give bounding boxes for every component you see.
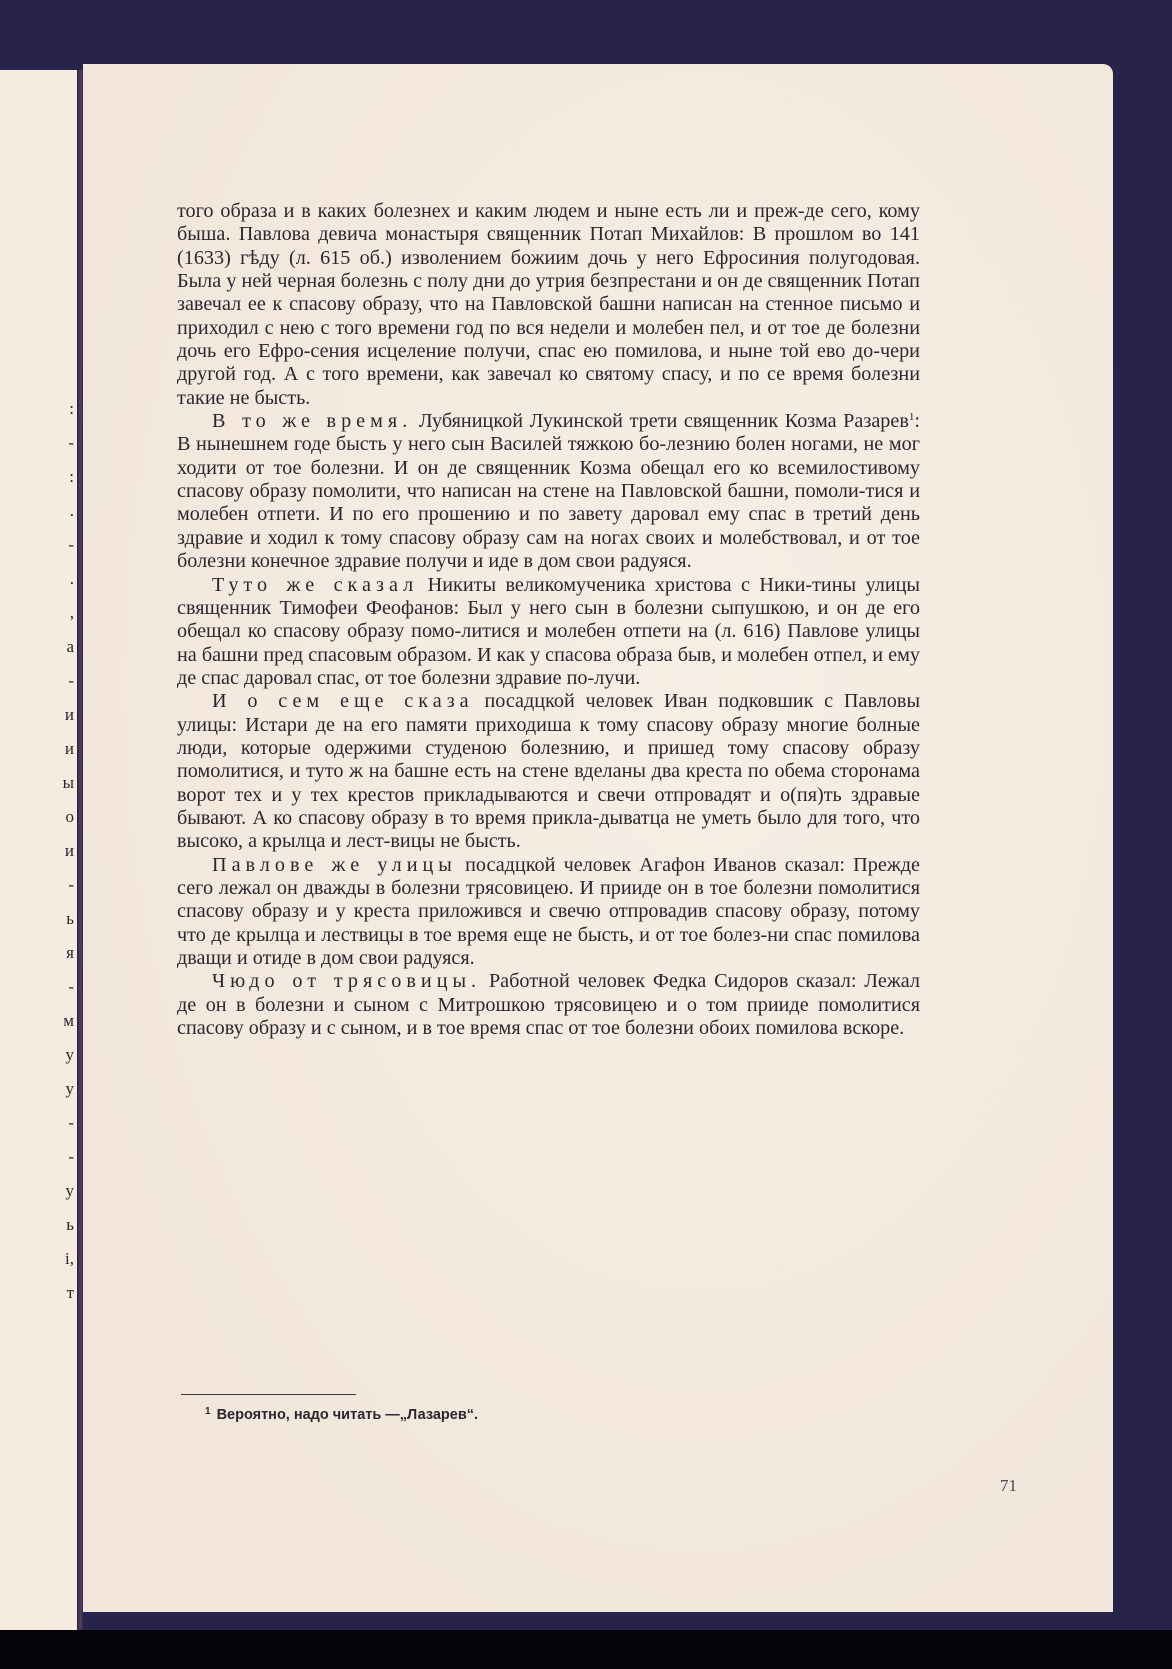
left-page-fragment: о xyxy=(66,808,75,825)
left-page-fragment: і, xyxy=(65,1250,74,1267)
left-page-fragment: - xyxy=(68,672,74,689)
paragraph: Туто же сказал Никиты великомученика хри… xyxy=(177,574,920,691)
footnote-marker: 1 xyxy=(205,1406,211,1417)
left-page-strip: :-:.-.,а-ииыои-ья-муу--уьі,т xyxy=(0,70,78,1630)
left-page-fragment: а xyxy=(66,638,74,655)
footnote-reference: 1 xyxy=(909,411,915,423)
left-page-fragment: , xyxy=(70,604,74,621)
paragraph-lead: В то же время. xyxy=(212,410,412,432)
left-page-fragment: и xyxy=(65,842,74,859)
left-page-fragment: - xyxy=(68,978,74,995)
left-page-fragment: и xyxy=(65,740,74,757)
left-page-fragment: ь xyxy=(66,910,74,927)
left-page-fragment: . xyxy=(70,570,74,587)
page-number: 71 xyxy=(1000,1476,1017,1496)
left-page-fragment: : xyxy=(69,468,74,485)
left-page-fragment: - xyxy=(68,536,74,553)
footnote: 1Вероятно, надо читать —„Лазарев“. xyxy=(205,1406,478,1423)
left-page-fragment: - xyxy=(68,1114,74,1131)
left-page-fragment: ы xyxy=(63,774,74,791)
footnote-text: Вероятно, надо читать —„Лазарев“. xyxy=(217,1407,478,1423)
left-page-fragment: т xyxy=(67,1284,74,1301)
paragraph-lead: И о сем еще сказа xyxy=(212,690,474,712)
right-page: того образа и в каких болезнех и каким л… xyxy=(83,64,1113,1612)
body-text: того образа и в каких болезнех и каким л… xyxy=(177,200,920,1040)
left-page-fragment: у xyxy=(66,1080,75,1097)
left-page-fragment: ь xyxy=(66,1216,74,1233)
left-page-fragment: - xyxy=(68,1148,74,1165)
paragraph: И о сем еще сказа посадцкой человек Иван… xyxy=(177,690,920,853)
left-page-fragment: - xyxy=(68,876,74,893)
paragraph: Чюдо от трясовицы. Работной человек Федк… xyxy=(177,970,920,1040)
footnote-divider xyxy=(181,1394,356,1395)
left-page-fragment: - xyxy=(68,434,74,451)
left-page-fragment: : xyxy=(69,400,74,417)
paragraph: Павлове же улицы посадцкой человек Агафо… xyxy=(177,854,920,971)
left-page-fragment: и xyxy=(65,706,74,723)
left-page-text-fragments: :-:.-.,а-ииыои-ья-муу--уьі,т xyxy=(54,70,74,1630)
paragraph-lead: Павлове же улицы xyxy=(212,854,457,876)
left-page-fragment: я xyxy=(66,944,74,961)
left-page-fragment: у xyxy=(66,1182,75,1199)
paragraph: В то же время. Лубяницкой Лукинской трет… xyxy=(177,410,920,573)
left-page-fragment: у xyxy=(66,1046,75,1063)
paragraph-lead: Туто же сказал xyxy=(212,574,418,596)
left-page-fragment: . xyxy=(70,502,74,519)
left-page-fragment: м xyxy=(63,1012,74,1029)
paragraph-lead: Чюдо от трясовицы. xyxy=(212,970,481,992)
scan-bottom-band xyxy=(0,1630,1172,1669)
paragraph: того образа и в каких болезнех и каким л… xyxy=(177,200,920,410)
